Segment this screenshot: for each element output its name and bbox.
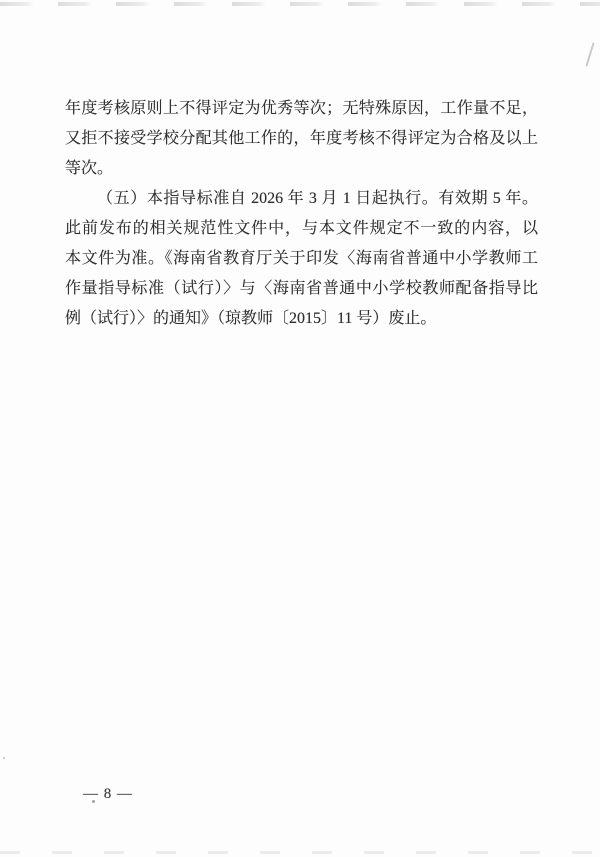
body-text: 年度考核原则上不得评定为优秀等次；无特殊原因，工作量不足， 又拒不接受学校分配其… <box>65 94 538 334</box>
scan-streaks-bottom <box>0 851 600 854</box>
text-line: 例（试行）〉的通知》（琼教师〔2015〕11 号）废止。 <box>65 304 538 334</box>
text-line: （五）本指导标准自 2026 年 3 月 1 日起执行。有效期 5 年。 <box>65 184 538 214</box>
text-line: 又拒不接受学校分配其他工作的，年度考核不得评定为合格及以上 <box>65 124 538 154</box>
page-footer: — 8 — <box>83 784 133 804</box>
page-number: — 8 — <box>83 786 133 802</box>
scan-speckle <box>3 757 5 759</box>
text-line: 年度考核原则上不得评定为优秀等次；无特殊原因，工作量不足， <box>65 94 538 124</box>
paragraph-annual-assessment: 年度考核原则上不得评定为优秀等次；无特殊原因，工作量不足， 又拒不接受学校分配其… <box>65 94 538 184</box>
scan-speckle <box>92 800 95 803</box>
scan-streaks-top <box>0 2 600 6</box>
text-line: 作量指导标准（试行）〉与〈海南省普通中小学校教师配备指导比 <box>65 274 538 304</box>
text-line: 此前发布的相关规范性文件中，与本文件规定不一致的内容，以 <box>65 214 538 244</box>
text-line: 本文件为准。《海南省教育厅关于印发〈海南省普通中小学教师工 <box>65 244 538 274</box>
text-line: 等次。 <box>65 154 538 184</box>
scanned-document-page: 年度考核原则上不得评定为优秀等次；无特殊原因，工作量不足， 又拒不接受学校分配其… <box>0 0 600 857</box>
paragraph-effective-date: （五）本指导标准自 2026 年 3 月 1 日起执行。有效期 5 年。 此前发… <box>65 184 538 334</box>
scan-mark-top-right <box>585 42 594 66</box>
